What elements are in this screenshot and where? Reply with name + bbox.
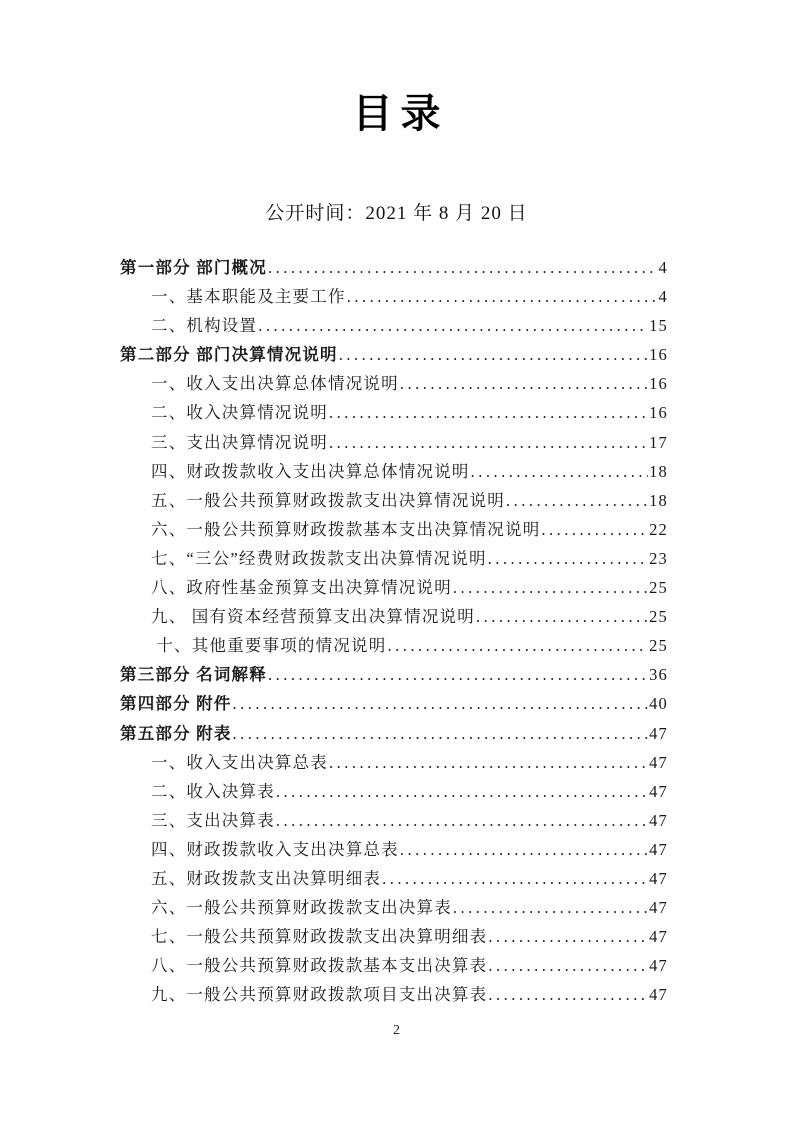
toc-entry-title: 四、财政拨款收入支出决算总表 [151,835,399,864]
toc-entry-title: 第五部分 附表 [120,719,232,748]
toc-entry-title: 一、基本职能及主要工作 [151,282,346,311]
toc-entry[interactable]: 五、财政拨款支出决算明细表 47 [120,864,668,893]
toc-entry-title: 五、财政拨款支出决算明细表 [151,864,381,893]
toc-dot-leader [400,835,648,864]
toc-entry[interactable]: 六、一般公共预算财政拨款基本支出决算情况说明 22 [120,515,668,544]
toc-entry[interactable]: 九、一般公共预算财政拨款项目支出决算表 47 [120,980,668,1009]
toc-entry-title: 第三部分 名词解释 [120,660,267,689]
toc-dot-leader [453,573,648,602]
toc-dot-leader [329,398,648,427]
toc-entry-page: 16 [649,340,668,369]
toc-entry-title: 六、一般公共预算财政拨款基本支出决算情况说明 [151,515,540,544]
toc-entry-page: 25 [649,573,668,602]
toc-entry-page: 18 [649,486,668,515]
toc-dot-leader [268,253,658,282]
toc-dot-leader [276,806,648,835]
toc-entry[interactable]: 二、收入决算情况说明 16 [120,398,668,427]
toc-dot-leader [233,719,649,748]
toc-entry-page: 16 [649,369,668,398]
toc-dot-leader [329,428,648,457]
toc-entry[interactable]: 七、“三公”经费财政拨款支出决算情况说明 23 [120,544,668,573]
toc-dot-leader [387,631,648,660]
toc-entry[interactable]: 第一部分 部门概况 4 [120,253,668,282]
toc-dot-leader [382,864,648,893]
toc-entry[interactable]: 九、 国有资本经营预算支出决算情况说明 25 [120,602,668,631]
toc-dot-leader [347,282,658,311]
toc-entry[interactable]: 二、收入决算表 47 [120,777,668,806]
toc-entry-page: 22 [649,515,668,544]
toc-entry-page: 47 [649,951,668,980]
toc-entry[interactable]: 二、机构设置 15 [120,311,668,340]
toc-entry-page: 4 [659,253,668,282]
toc-entry-page: 25 [649,602,668,631]
toc-entry-page: 17 [649,428,668,457]
toc-dot-leader [268,660,648,689]
toc-entry-page: 23 [649,544,668,573]
toc-entry-title: 二、收入决算情况说明 [151,398,328,427]
toc-entry[interactable]: 第四部分 附件 40 [120,689,668,718]
toc-entry-title: 八、一般公共预算财政拨款基本支出决算表 [151,951,487,980]
toc-entry-page: 47 [649,835,668,864]
page-title: 目录 [0,0,793,134]
toc-entry-page: 4 [659,282,668,311]
toc-dot-leader [488,980,648,1009]
toc-dot-leader [488,951,648,980]
toc-entry[interactable]: 八、一般公共预算财政拨款基本支出决算表 47 [120,951,668,980]
toc-entry-title: 四、财政拨款收入支出决算总体情况说明 [151,457,470,486]
toc-entry-page: 47 [649,748,668,777]
toc-entry-page: 47 [649,893,668,922]
toc-entry[interactable]: 四、财政拨款收入支出决算总体情况说明 18 [120,457,668,486]
toc-dot-leader [488,544,648,573]
toc-entry[interactable]: 五、一般公共预算财政拨款支出决算情况说明 18 [120,486,668,515]
toc-entry-page: 47 [649,922,668,951]
toc-entry-page: 25 [649,631,668,660]
toc-dot-leader [276,777,648,806]
toc-dot-leader [329,748,648,777]
toc-entry-page: 47 [649,806,668,835]
toc-dot-leader [541,515,648,544]
toc-entry[interactable]: 四、财政拨款收入支出决算总表 47 [120,835,668,864]
toc-entry[interactable]: 第二部分 部门决算情况说明 16 [120,340,668,369]
toc-entry[interactable]: 一、收入支出决算总表 47 [120,748,668,777]
toc-dot-leader [488,922,648,951]
toc-entry-title: 六、一般公共预算财政拨款支出决算表 [151,893,452,922]
toc-entry[interactable]: 十、其他重要事项的情况说明 25 [120,631,668,660]
toc-entry-title: 二、收入决算表 [151,777,275,806]
toc-entry-page: 47 [649,864,668,893]
toc-entry-page: 15 [649,311,668,340]
toc-entry-page: 16 [649,398,668,427]
toc-entry-page: 47 [649,719,668,748]
toc-entry-page: 40 [649,689,668,718]
toc-dot-leader [471,457,648,486]
toc-entry-page: 47 [649,777,668,806]
toc-entry-title: 七、“三公”经费财政拨款支出决算情况说明 [151,544,487,573]
toc-dot-leader [506,486,648,515]
document-page: 目录 公开时间：2021 年 8 月 20 日 第一部分 部门概况 4 一、基本… [0,0,793,1122]
toc-entry-page: 36 [649,660,668,689]
toc-list: 第一部分 部门概况 4 一、基本职能及主要工作 4 二、机构设置 15 第二部分… [120,253,668,1009]
toc-entry[interactable]: 三、支出决算情况说明 17 [120,428,668,457]
toc-entry-page: 47 [649,980,668,1009]
toc-entry-title: 第一部分 部门概况 [120,253,267,282]
toc-entry-title: 五、一般公共预算财政拨款支出决算情况说明 [151,486,505,515]
toc-entry-title: 第四部分 附件 [120,689,232,718]
toc-entry[interactable]: 三、支出决算表 47 [120,806,668,835]
toc-entry-title: 九、一般公共预算财政拨款项目支出决算表 [151,980,487,1009]
toc-entry-title: 八、政府性基金预算支出决算情况说明 [151,573,452,602]
toc-entry[interactable]: 第三部分 名词解释 36 [120,660,668,689]
toc-entry-title: 三、支出决算表 [151,806,275,835]
toc-entry[interactable]: 八、政府性基金预算支出决算情况说明 25 [120,573,668,602]
page-number: 2 [0,1023,793,1039]
toc-dot-leader [453,893,648,922]
toc-entry[interactable]: 第五部分 附表 47 [120,719,668,748]
toc-entry[interactable]: 一、基本职能及主要工作 4 [120,282,668,311]
toc-entry-title: 七、一般公共预算财政拨款支出决算明细表 [151,922,487,951]
toc-entry-title: 九、 国有资本经营预算支出决算情况说明 [151,602,475,631]
toc-entry[interactable]: 一、收入支出决算总体情况说明 16 [120,369,668,398]
toc-entry-page: 18 [649,457,668,486]
toc-entry[interactable]: 七、一般公共预算财政拨款支出决算明细表 47 [120,922,668,951]
toc-entry-title: 二、机构设置 [151,311,257,340]
toc-entry-title: 一、收入支出决算总表 [151,748,328,777]
toc-dot-leader [258,311,648,340]
toc-dot-leader [233,689,649,718]
publish-time: 公开时间：2021 年 8 月 20 日 [0,198,793,225]
toc-entry-title: 第二部分 部门决算情况说明 [120,340,338,369]
toc-entry-title: 三、支出决算情况说明 [151,428,328,457]
toc-entry-title: 一、收入支出决算总体情况说明 [151,369,399,398]
toc-dot-leader [400,369,648,398]
toc-dot-leader [476,602,648,631]
toc-entry[interactable]: 六、一般公共预算财政拨款支出决算表 47 [120,893,668,922]
toc-dot-leader [339,340,648,369]
toc-entry-title: 十、其他重要事项的情况说明 [151,631,386,660]
